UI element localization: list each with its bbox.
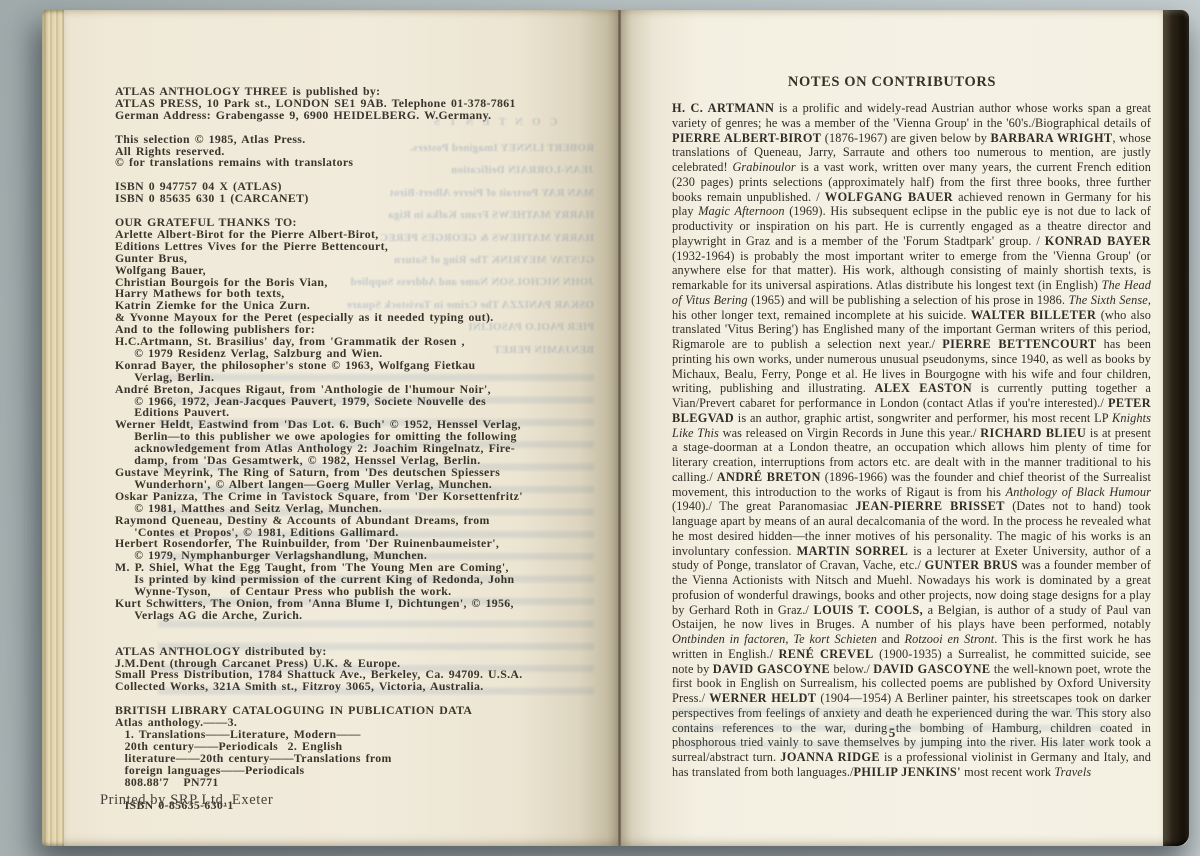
- right-page-notes: NOTES ON CONTRIBUTORS H. C. ARTMANN is a…: [621, 10, 1163, 846]
- contributors-text: H. C. ARTMANN is a prolific and widely-r…: [672, 101, 1151, 780]
- page-title: NOTES ON CONTRIBUTORS: [621, 74, 1163, 91]
- colophon-text: ATLAS ANTHOLOGY THREE is published by: A…: [115, 86, 597, 812]
- photo-background: { "book": { "left_page": { "lines": [ "A…: [0, 0, 1200, 856]
- bleed-through-smudge-right: [677, 708, 1113, 754]
- book-cover-edge: [1163, 10, 1189, 846]
- printer-line: Printed by SRP Ltd, Exeter: [100, 792, 273, 809]
- page-edges-left: [42, 10, 64, 846]
- open-book: CONTENTS ROBERT LINNEY Imagined Posters.…: [42, 10, 1189, 846]
- left-page-colophon: CONTENTS ROBERT LINNEY Imagined Posters.…: [64, 10, 618, 846]
